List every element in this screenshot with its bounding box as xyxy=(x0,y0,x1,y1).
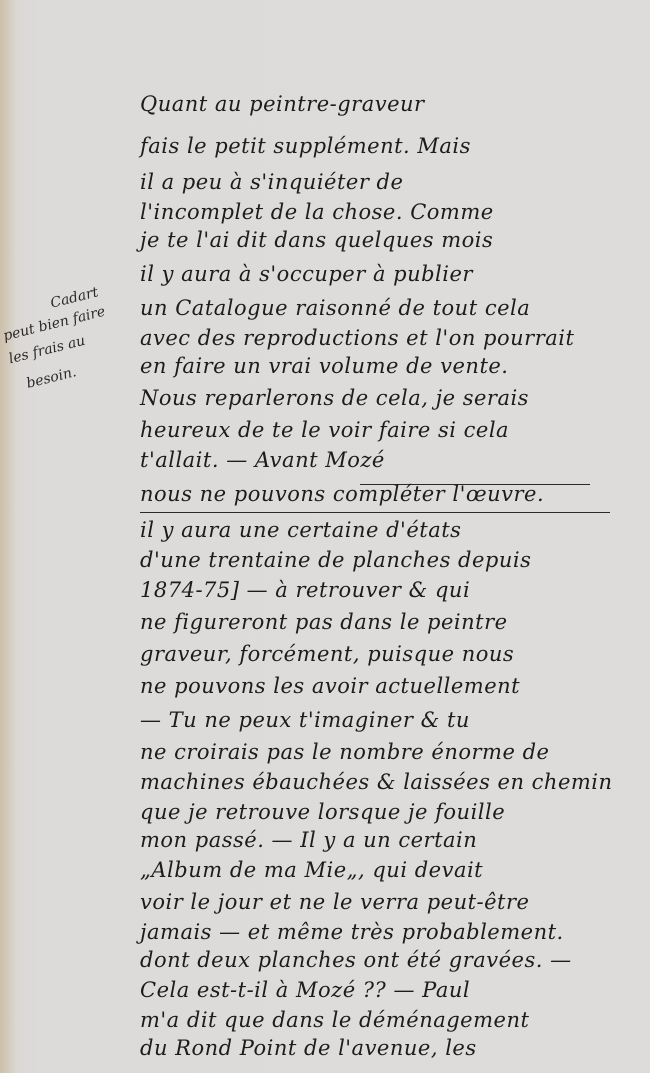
margin-note-line: besoin. xyxy=(25,364,78,392)
text-line: m'a dit que dans le déménagement xyxy=(140,1008,529,1032)
text-line: ne figureront pas dans le peintre xyxy=(140,610,508,634)
text-line: jamais — et même très probablement. xyxy=(140,920,564,944)
text-line: mon passé. — Il y a un certain xyxy=(140,828,477,852)
paper-edge-stain xyxy=(0,0,16,1073)
text-line: nous ne pouvons compléter l'œuvre. xyxy=(140,482,544,506)
text-line: ne croirais pas le nombre énorme de xyxy=(140,740,549,764)
underline-rule xyxy=(140,512,610,513)
text-line: d'une trentaine de planches depuis xyxy=(140,548,531,572)
text-line: t'allait. — Avant Mozé xyxy=(140,448,385,472)
text-line: 1874-75] — à retrouver & qui xyxy=(140,578,470,602)
text-line: Quant au peintre-graveur xyxy=(140,92,425,116)
text-line: fais le petit supplément. Mais xyxy=(140,134,471,158)
text-line: un Catalogue raisonné de tout cela xyxy=(140,296,530,320)
text-line: du Rond Point de l'avenue, les xyxy=(140,1036,477,1060)
text-line: en faire un vrai volume de vente. xyxy=(140,354,509,378)
letter-page: Quant au peintre-graveur fais le petit s… xyxy=(0,0,650,1073)
text-line: il y aura une certaine d'états xyxy=(140,518,461,542)
text-line: Nous reparlerons de cela, je serais xyxy=(140,386,529,410)
text-line: machines ébauchées & laissées en chemin xyxy=(140,770,613,794)
text-line: dont deux planches ont été gravées. — xyxy=(140,948,572,972)
text-line: „Album de ma Mie„, qui devait xyxy=(140,858,483,882)
text-line: il y aura à s'occuper à publier xyxy=(140,262,473,286)
text-line: Cela est-t-il à Mozé ?? — Paul xyxy=(140,978,470,1002)
text-line: voir le jour et ne le verra peut-être xyxy=(140,890,529,914)
text-line: il a peu à s'inquiéter de xyxy=(140,170,403,194)
text-line: je te l'ai dit dans quelques mois xyxy=(140,228,493,252)
text-line: que je retrouve lorsque je fouille xyxy=(140,800,505,824)
text-line: l'incomplet de la chose. Comme xyxy=(140,200,494,224)
text-line: avec des reproductions et l'on pourrait xyxy=(140,326,574,350)
text-line: graveur, forcément, puisque nous xyxy=(140,642,514,666)
text-line: — Tu ne peux t'imaginer & tu xyxy=(140,708,470,732)
text-line: heureux de te le voir faire si cela xyxy=(140,418,509,442)
text-line: ne pouvons les avoir actuellement xyxy=(140,674,520,698)
